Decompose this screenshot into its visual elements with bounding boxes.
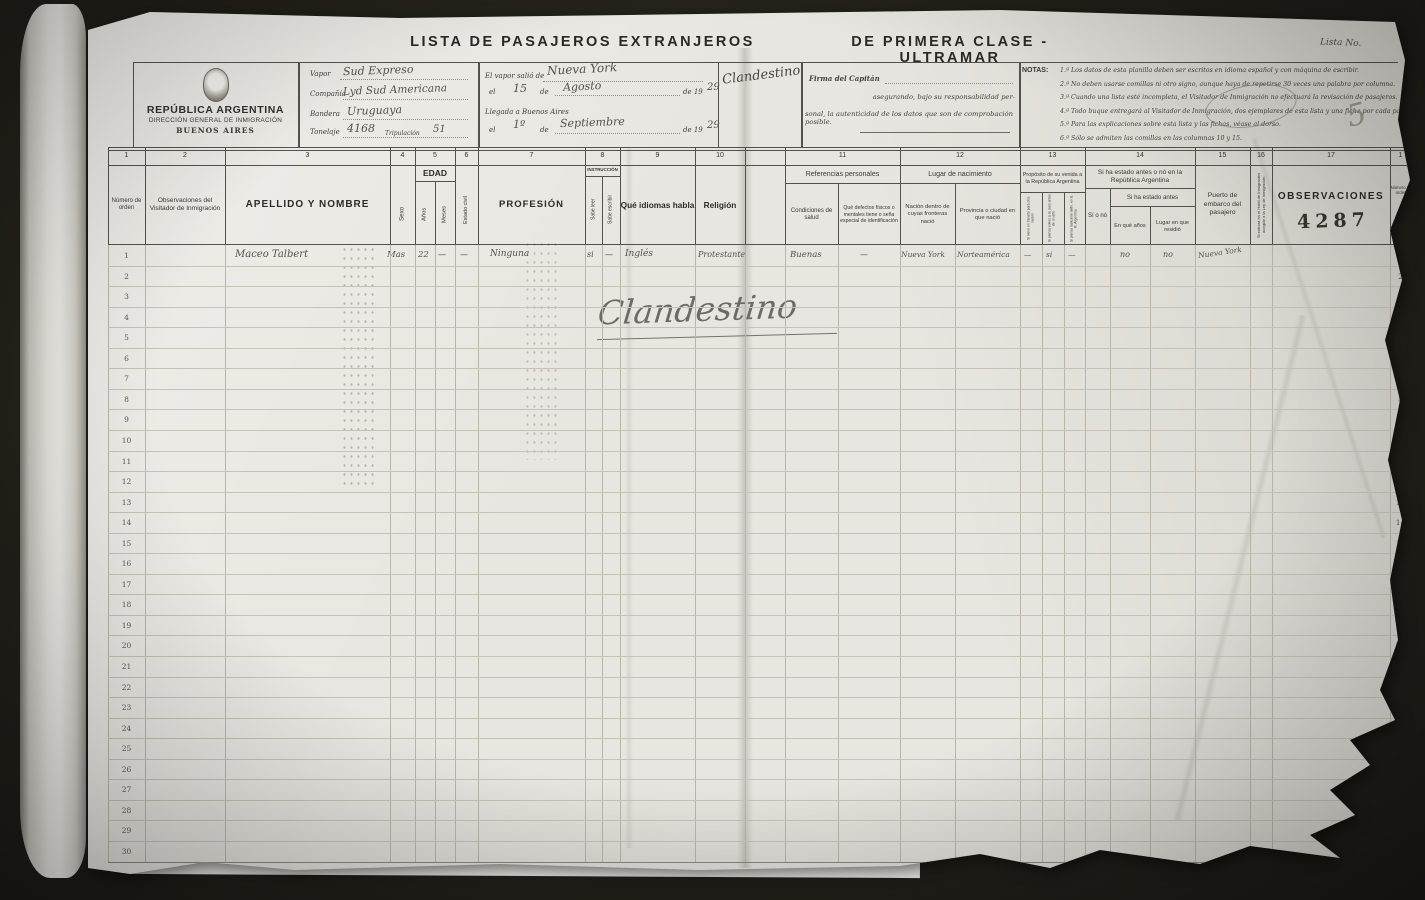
clandestino-annotation: Clandestino	[721, 63, 801, 87]
lista-no-label: Lista No.	[1320, 37, 1410, 50]
row-number-right: 1	[1390, 251, 1411, 260]
column-number: 3	[225, 152, 390, 159]
col6-header: Estado civil	[456, 178, 477, 242]
header-column-line	[745, 147, 746, 245]
col4-header: Sexo	[391, 185, 414, 243]
row-number: 29	[108, 826, 145, 835]
row-number: 17	[108, 580, 145, 589]
row-number: 30	[108, 847, 145, 856]
row-number: 4	[108, 313, 145, 322]
row-number-right: 10	[1390, 436, 1411, 445]
column-number: 11	[785, 152, 900, 159]
header-box-divider	[718, 62, 719, 147]
column-number: 16	[1250, 152, 1272, 159]
tripulacion-value: 51	[433, 124, 446, 135]
numrow-rule	[108, 165, 1412, 166]
header-column-line	[695, 147, 696, 245]
col16-header: Si entrará en el Hotel de Inmigrantes ac…	[1251, 168, 1271, 242]
row-number-right: 30	[1390, 847, 1411, 856]
row-number: 16	[108, 559, 145, 568]
row-number: 28	[108, 806, 145, 815]
header-subcolumn-line	[435, 181, 436, 244]
col5-header: EDAD	[415, 166, 455, 181]
column-number: 10	[695, 152, 745, 159]
col5-sub-meses: Meses	[436, 186, 454, 242]
table-top-rule	[108, 150, 1412, 151]
row-number-right: 5	[1390, 333, 1411, 342]
rule	[340, 78, 468, 80]
row-line	[108, 779, 1412, 780]
row-number: 26	[108, 765, 145, 774]
microfilm-scan: { "page": { "title_left": "LISTA DE PASA…	[0, 0, 1425, 900]
row-number-right: 26	[1390, 765, 1411, 774]
llegada-day: 1º	[513, 118, 525, 131]
de19-label2: de 19	[683, 126, 703, 134]
column-number: 4	[390, 152, 415, 159]
nota-item: 2.ª No deben usarse comillas ni otro sig…	[1060, 81, 1395, 88]
row-line	[108, 368, 1412, 369]
row-number: 21	[108, 662, 145, 671]
column-number: 1	[108, 152, 145, 159]
row-number: 8	[108, 395, 145, 404]
document-shadow-wrap: LISTA DE PASAJEROS EXTRANJEROS DE PRIMER…	[85, 8, 1410, 878]
observaciones-stamp-number: 4287	[1286, 206, 1382, 237]
header-column-line	[415, 147, 416, 245]
row-number: 22	[108, 683, 145, 692]
header-column-line	[145, 147, 146, 245]
col8-header: INSTRUCCIÓN	[585, 165, 620, 174]
header-internal-rule	[1020, 192, 1085, 193]
row-number: 9	[108, 415, 145, 424]
header-column-line	[455, 147, 456, 245]
row1-anios: 22	[418, 250, 429, 260]
page-title-left: LISTA DE PASAJEROS EXTRANJEROS	[350, 34, 815, 50]
col13-header: Propósito de su venida a la República Ar…	[1020, 166, 1085, 192]
row-line	[108, 348, 1412, 349]
row-number-right: 6	[1390, 354, 1411, 363]
row-number: 27	[108, 785, 145, 794]
col13-sub-3: Si piensa radicarse defin. en la R. Arge…	[1064, 194, 1083, 243]
rule	[885, 82, 1013, 84]
header-column-line	[390, 147, 391, 245]
row-number-right: 19	[1390, 621, 1411, 630]
row1-proposito-2: si	[1046, 250, 1052, 259]
row-number-right: 12	[1390, 477, 1411, 486]
row-number: 2	[108, 272, 145, 281]
header-column-line	[225, 147, 226, 245]
col12-sub-nacion: Nación dentro de cuyas fronteras nació	[901, 187, 954, 243]
col15-header: Puerto de embarco del pasajero	[1195, 165, 1250, 245]
row-number: 20	[108, 641, 145, 650]
row-line	[108, 266, 1412, 267]
de-label2: de	[540, 126, 549, 134]
row1-proposito-1: —	[1024, 250, 1032, 259]
vapor-value: Sud Expreso	[343, 63, 414, 78]
row-number-right: 8	[1390, 395, 1411, 404]
header-column-line	[1085, 147, 1086, 245]
header-internal-rule	[585, 176, 620, 177]
salida-day: 15	[513, 82, 527, 95]
row-number: 6	[108, 354, 145, 363]
header-subcolumn-line	[838, 183, 839, 244]
header-internal-rule	[1085, 188, 1195, 189]
llegada-month: Septiembre	[560, 115, 625, 130]
row1-provincia: Norteamérica	[957, 250, 1010, 259]
row-number-right: 7	[1390, 374, 1411, 383]
header-box-divider	[298, 62, 300, 147]
salida-port: Nueva York	[547, 60, 618, 78]
header-column-line	[785, 147, 786, 245]
row-number-right: 18	[1390, 600, 1411, 609]
row-line	[108, 286, 1412, 287]
row-line	[108, 635, 1412, 636]
row-number: 13	[108, 498, 145, 507]
row1-proposito-3: —	[1068, 250, 1076, 259]
row-number: 23	[108, 703, 145, 712]
row1-antes-anios: no	[1120, 250, 1130, 259]
row1-nacion: Nueva York	[901, 250, 945, 259]
row-number-right: 22	[1390, 683, 1411, 692]
header-column-line	[620, 147, 621, 245]
de19-label: de 19	[683, 88, 703, 96]
row-line	[108, 533, 1412, 534]
vapor-label: Vapor	[310, 70, 331, 78]
row-line	[108, 594, 1412, 595]
table-top-rule	[108, 147, 1412, 148]
row1-meses: —	[438, 250, 446, 259]
col12-header: Lugar de nacimiento	[900, 167, 1020, 183]
header-subcolumn-line	[1110, 188, 1111, 244]
row1-nombre: Maceo Talbert	[235, 249, 308, 260]
row-line	[108, 656, 1412, 657]
captain-text-1: asegurando, bajo su responsabilidad per-	[825, 93, 1015, 101]
col12-sub-provincia: Provincia o ciudad en que nació	[956, 187, 1019, 243]
header-subcolumn-line	[955, 183, 956, 244]
header-column-line	[1250, 147, 1251, 245]
argentina-coat-of-arms-icon	[203, 68, 229, 102]
letterhead-dept: DIRECCIÓN GENERAL DE INMIGRACIÓN	[133, 117, 298, 124]
column-number: 7	[478, 152, 585, 159]
row-number-right: 9	[1390, 415, 1411, 424]
notas-label: NOTAS:	[1022, 67, 1048, 74]
row-line	[108, 820, 1412, 821]
col11-sub-defectos: Qué defectos físicos o mentales tiene o …	[839, 187, 899, 243]
passenger-table: Número de orden Observaciones del Visita…	[108, 150, 1412, 866]
mold-speckles	[341, 245, 375, 485]
right-orden-header: Número de orden	[1390, 170, 1412, 210]
col11-header: Referencias personales	[785, 167, 900, 183]
row-line	[108, 327, 1412, 328]
header-internal-rule	[1110, 206, 1195, 207]
passenger-list-document: LISTA DE PASAJEROS EXTRANJEROS DE PRIMER…	[85, 8, 1410, 878]
bandera-label: Bandera	[310, 110, 340, 118]
row-number: 5	[108, 333, 145, 342]
column-number: 14	[1085, 152, 1195, 159]
rule	[343, 118, 468, 120]
col14-sub-lugar: Lugar en que residió	[1151, 210, 1194, 243]
header-bottom-rule	[108, 244, 1412, 245]
row-line	[108, 389, 1412, 390]
header-column-line	[1272, 147, 1273, 245]
col2-header: Observaciones del Visitador de Inmigraci…	[145, 165, 225, 245]
de-label: de	[540, 88, 549, 96]
row-number: 14	[108, 518, 145, 527]
header-column-line	[108, 147, 109, 245]
row-number-right: 21	[1390, 662, 1411, 671]
header-column-line	[478, 147, 479, 245]
header-column-line	[1020, 147, 1021, 245]
row1-defectos: —	[860, 250, 868, 259]
row1-antes-lugar: no	[1163, 250, 1173, 259]
rule	[343, 98, 468, 100]
col14-sub-sino: Sí o nó	[1086, 190, 1109, 243]
col7-header: PROFESIÓN	[478, 165, 585, 245]
row-line	[108, 862, 1412, 863]
row-number: 1	[108, 251, 145, 260]
body-column-line	[1411, 245, 1412, 862]
row-number-right: 11	[1390, 457, 1411, 466]
row-line	[108, 800, 1412, 801]
row-number-right: 29	[1390, 826, 1411, 835]
header-subcolumn-line	[602, 176, 603, 244]
letterhead-org: REPÚBLICA ARGENTINA	[133, 104, 298, 116]
row-line	[108, 738, 1412, 739]
row-number-right: 27	[1390, 785, 1411, 794]
row1-religion: Protestante	[698, 250, 745, 259]
header-column-line	[1195, 147, 1196, 245]
nota-item: 1.ª Los datos de esta planilla deben ser…	[1060, 67, 1359, 74]
row1-idiomas: Inglés	[625, 249, 653, 259]
row-number: 12	[108, 477, 145, 486]
header-box-divider	[1019, 62, 1021, 147]
row-line	[108, 553, 1412, 554]
row-number-right: 16	[1390, 559, 1411, 568]
header-internal-rule	[415, 181, 455, 182]
row-number-right: 24	[1390, 724, 1411, 733]
column-number: 9	[620, 152, 695, 159]
header-internal-rule	[785, 183, 900, 184]
row-number: 7	[108, 374, 145, 383]
col17-header: OBSERVACIONES	[1272, 188, 1390, 206]
clandestino-underline	[597, 333, 837, 341]
col11-sub-salud: Condiciones de salud	[786, 187, 837, 243]
column-number: 8	[585, 152, 620, 159]
row-number-right: 23	[1390, 703, 1411, 712]
firma-label: Firma del Capitán	[809, 74, 880, 83]
salida-year: 29	[707, 82, 720, 93]
header-column-line	[900, 147, 901, 245]
row-line	[108, 841, 1412, 842]
col9-header: Qué idiomas habla	[620, 165, 695, 245]
row-line	[108, 574, 1412, 575]
llegada-year: 29	[707, 120, 720, 131]
row-number-right: 28	[1390, 806, 1411, 815]
row-line	[108, 492, 1412, 493]
col5-sub-anios: Años	[416, 186, 434, 242]
column-number: 15	[1195, 152, 1250, 159]
row-line	[108, 451, 1412, 452]
row-number: 19	[108, 621, 145, 630]
row-number: 24	[108, 724, 145, 733]
row-number-right: 17	[1390, 580, 1411, 589]
column-number: 12	[900, 152, 1020, 159]
row-number: 15	[108, 539, 145, 548]
row-line	[108, 512, 1412, 513]
nota-item: 6.ª Sólo se admiten las comillas en las …	[1060, 135, 1242, 142]
col14-sub-antes: Si ha estado antes	[1110, 190, 1195, 206]
column-number: 2	[145, 152, 225, 159]
el-label: el	[489, 88, 495, 96]
row-line	[108, 697, 1412, 698]
salio-label: El vapor salió de	[485, 72, 544, 80]
col13-sub-2: Si piensa volver a su país antes de un a…	[1042, 194, 1061, 243]
col14-header: Si ha estado antes o nó en la República …	[1085, 166, 1195, 188]
salida-month: Agosto	[563, 79, 602, 94]
header-column-line	[1411, 147, 1412, 245]
header-subcolumn-line	[1150, 206, 1151, 244]
row1-puerto: Nueva York	[1198, 245, 1243, 260]
row-line	[108, 615, 1412, 616]
tonelaje-label: Tonelaje	[310, 128, 340, 136]
row-number: 18	[108, 600, 145, 609]
row-number-right: 4	[1390, 313, 1411, 322]
mold-speckles	[524, 240, 560, 460]
tonelaje-value: 4168	[347, 122, 375, 135]
row-line	[108, 409, 1412, 410]
header-box-divider	[478, 62, 480, 147]
row-line	[108, 718, 1412, 719]
column-number: 17	[1272, 152, 1390, 159]
col10-header: Religión	[695, 165, 745, 245]
row1-sabe-escribir: —	[605, 250, 613, 259]
row1-sabe-leer: si	[587, 250, 594, 259]
row-line	[108, 430, 1412, 431]
header-subcolumn-line	[1042, 192, 1043, 244]
header-box-top-rule	[133, 62, 1398, 63]
rule	[555, 132, 680, 134]
column-number: 1	[1390, 152, 1411, 159]
rule	[343, 136, 468, 138]
header-column-line	[1390, 147, 1391, 245]
row-line	[108, 759, 1412, 760]
header-column-line	[585, 147, 586, 245]
bandera-value: Uruguaya	[347, 103, 402, 118]
row-number-right: 14	[1390, 518, 1411, 527]
col3-header: APELLIDO Y NOMBRE	[225, 165, 390, 245]
clandestino-overlay: Clandestino	[596, 286, 799, 332]
row-number-right: 20	[1390, 641, 1411, 650]
col1-header: Número de orden	[108, 165, 145, 245]
row-number-right: 15	[1390, 539, 1411, 548]
llegada-label: Llegada a Buenos Aires	[485, 108, 569, 116]
row-number: 11	[108, 457, 145, 466]
pencil-page-number: 5	[1343, 96, 1370, 135]
header-internal-rule	[900, 183, 1020, 184]
row-number: 25	[108, 744, 145, 753]
folded-page-edge	[20, 4, 86, 878]
row-number: 10	[108, 436, 145, 445]
row1-salud: Buenas	[790, 250, 822, 260]
row-number-right: 13	[1390, 498, 1411, 507]
row-line	[108, 677, 1412, 678]
row-number-right: 25	[1390, 744, 1411, 753]
header-subcolumn-line	[1064, 192, 1065, 244]
row1-estado-civil: —	[460, 250, 468, 259]
row-number-right: 2	[1390, 272, 1411, 281]
captain-text-2: sonal, la autenticidad de los datos que …	[805, 110, 1017, 126]
compania-label: Compañía	[310, 90, 346, 98]
col8-sub-escribe: Sabe escribir	[603, 177, 618, 242]
row-number: 3	[108, 292, 145, 301]
col14-sub-anios: En qué años	[1111, 210, 1149, 243]
row-line	[108, 471, 1412, 472]
column-number: 6	[455, 152, 478, 159]
row-line	[108, 307, 1412, 308]
col13-sub-1: Si viene en tránsito para otra nación	[1021, 194, 1040, 243]
el-label2: el	[489, 126, 495, 134]
compania-value: Lyd Sud Americana	[343, 82, 447, 98]
row-number-right: 3	[1390, 292, 1411, 301]
column-number: 5	[415, 152, 455, 159]
column-number: 13	[1020, 152, 1085, 159]
col8-sub-lee: Sabe leer	[586, 177, 601, 242]
signature-line	[860, 132, 1010, 133]
rule	[555, 94, 680, 96]
letterhead-city: BUENOS AIRES	[133, 126, 298, 135]
